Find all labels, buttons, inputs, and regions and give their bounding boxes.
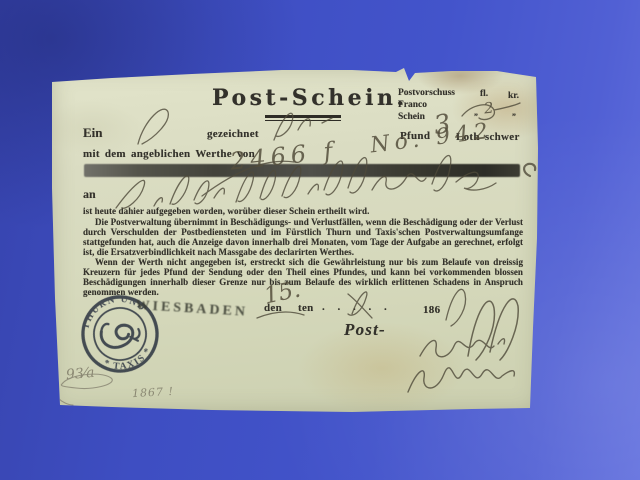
wiesbaden-town-stamp: WIESBADEN [135,298,248,321]
label-post: Post- [344,320,386,340]
title-double-rule [265,115,341,121]
date-dots: . . . . . [322,301,391,313]
handwritten-number: No. 942 [369,119,494,159]
document-title: Post-Schein. [212,85,408,111]
pencil-mark-1867: 1867 ! [132,385,175,400]
ink-address-scrawl-2 [170,176,224,204]
conditions-paragraph-2: Wenn der Werth nicht angegeben ist, erst… [83,257,523,297]
handwritten-schein-fee: 2 [483,99,494,118]
label-an: an [83,187,96,202]
ink-signature-word-2 [408,368,514,392]
date-ten: ten [298,302,314,314]
conditions-paragraph-1: Die Postverwaltung übernimmt in Beschädi… [83,217,523,257]
label-ein: Ein [83,125,103,141]
ditto-mark-right: „ [512,108,516,117]
post-horn-icon [98,315,142,351]
post-schein-document: Post-Schein. Postvorschuss Franco Schein… [52,68,538,412]
currency-fl: fl. [480,89,488,99]
stamp-text-bottom: * TAXIS * [100,343,158,378]
currency-kr: kr. [508,91,519,101]
date-year-printed: 186 [423,304,440,316]
ink-signature-word-1 [420,339,505,357]
pencil-corner-stroke [58,398,73,405]
ink-address-scrawl-1 [116,180,162,208]
svg-text:* TAXIS *: * TAXIS * [100,343,158,378]
photo-background: Post-Schein. Postvorschuss Franco Schein… [0,0,640,480]
fee-label-schein: Schein [398,112,425,122]
fee-label-franco: Franco [398,100,427,110]
receipt-statement: ist heute dahier aufgegeben worden, worü… [83,206,369,216]
ink-bar-end-mark [524,164,535,176]
ink-signature-loops [468,299,518,360]
ink-ein-flourish [138,109,168,144]
label-gezeichnet: gezeichnet [207,128,259,140]
ditto-mark-left: „ [474,108,478,117]
fee-label-postvorschuss: Postvorschuss [398,88,455,98]
pencil-mark-93a: 93⁄a [65,365,95,383]
